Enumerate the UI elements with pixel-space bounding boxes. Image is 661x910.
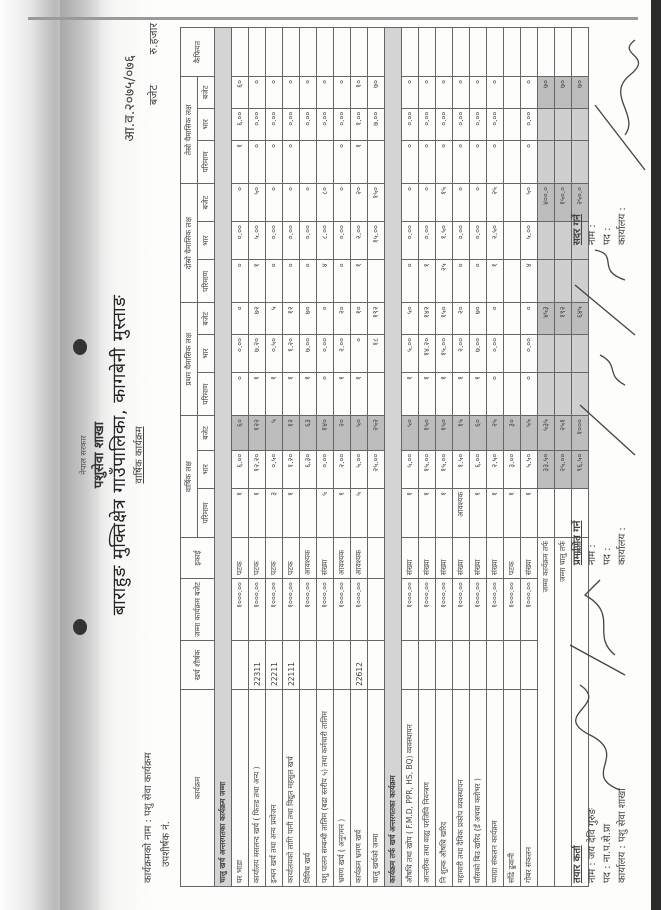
expense-head-cell: [487, 641, 504, 690]
certified-by-title: प्रमाणित गर्ने: [570, 521, 585, 565]
a-w-cell: १५.००: [436, 450, 453, 488]
total-budget-cell: १०००.००: [436, 579, 453, 641]
q3-q-cell: ०: [419, 140, 436, 183]
remarks-cell: [317, 28, 334, 77]
program-cell: भ्रमण खर्च ( अनुगमन ): [334, 690, 351, 887]
a-q-cell: १: [283, 488, 300, 537]
total-budget-cell: १०००.००: [232, 579, 249, 641]
unit-cell: पटक: [249, 538, 266, 579]
q2-b-cell: २५: [487, 183, 504, 221]
q2-w-cell: ०.००: [334, 222, 351, 260]
col-weight: भार: [198, 334, 215, 372]
q1-q-cell: १: [249, 373, 266, 416]
q1-q-cell: १: [334, 373, 351, 416]
q2-b-cell: ०: [232, 183, 249, 221]
q2-b-cell: ०: [266, 183, 283, 221]
q1-q-cell: ०: [487, 373, 504, 416]
q2-q-cell: ४: [317, 260, 334, 303]
a-b-cell: ५०: [402, 416, 419, 451]
q2-w-cell: ०.००: [402, 222, 419, 260]
expense-head-cell: [334, 641, 351, 690]
certified-by-office: कार्यालय :: [615, 521, 630, 565]
q2-b-cell: ०: [300, 183, 317, 221]
total-q3-b-cell: ७०: [538, 77, 555, 109]
q1-b-cell: ७०: [470, 303, 487, 335]
q2-q-cell: ०: [266, 260, 283, 303]
remarks-cell: [453, 28, 470, 77]
col-annual-target: वार्षिक लक्ष: [181, 416, 198, 538]
q1-w-cell: ०.००: [487, 334, 504, 372]
a-w-cell: ५.००: [351, 450, 368, 488]
total-empty-cell: [555, 108, 572, 140]
remarks-cell: [266, 28, 283, 77]
q2-w-cell: ८.००: [317, 222, 334, 260]
total-q1-b-cell: ४५३: [538, 303, 555, 335]
col-weight: भार: [198, 450, 215, 488]
q3-w-cell: ०.००: [453, 108, 470, 140]
q2-w-cell: ०.००: [232, 222, 249, 260]
q3-q-cell: १: [351, 140, 368, 183]
table-row: घर भाडा१०००.००पटक१६.००६०००.०००००.०००१६.०…: [232, 28, 249, 887]
a-w-cell: ६.३०: [300, 450, 317, 488]
q3-b-cell: ०: [266, 77, 283, 109]
section-title: कार्यक्रम तर्फ खर्च अन्तरगतका कार्यक्रम: [385, 28, 402, 887]
col-budget: बजेट: [198, 183, 215, 221]
expense-head-cell: 22211: [266, 641, 283, 690]
q3-b-cell: ७०: [368, 77, 385, 109]
a-w-cell: ६.००: [470, 450, 487, 488]
q3-b-cell: ०: [334, 77, 351, 109]
q2-b-cell: ०: [453, 183, 470, 221]
prepared-by-name: नाम : जय देवि गुरुङ: [585, 788, 600, 883]
col-quantity: परिमाण: [198, 140, 215, 183]
q2-w-cell: ०.००: [470, 222, 487, 260]
q2-b-cell: ८०: [317, 183, 334, 221]
table-row: औषधि तथा खोप ( F.M.D, PPR, HS, BQ) व्यवस…: [402, 28, 419, 887]
q3-w-cell: ०.००: [487, 108, 504, 140]
q3-w-cell: ०.००: [419, 108, 436, 140]
a-w-cell: ६.००: [232, 450, 249, 488]
total-a-b-cell: ५३५: [538, 416, 555, 451]
subheading-number: उपशीर्षक नं.: [158, 821, 172, 867]
program-cell: आन्तरिक तथा वाह्य परजिवि नियन्त्रण: [419, 690, 436, 887]
remarks-cell: [351, 28, 368, 77]
q3-q-cell: ०: [470, 140, 487, 183]
q3-q-cell: ०: [453, 140, 470, 183]
office-title: बाराहुङ मुक्तिक्षेत्र गाउँपालिका, कागबेन…: [107, 15, 131, 895]
program-cell: साँढे ढुवानी: [504, 690, 521, 887]
section-header-row: कार्यक्रम तर्फ खर्च अन्तरगतका कार्यक्रम: [385, 28, 402, 887]
q1-q-cell: १: [402, 373, 419, 416]
q2-q-cell: १: [487, 260, 504, 303]
expense-head-cell: [232, 641, 249, 690]
q3-q-cell: ०: [487, 140, 504, 183]
a-q-cell: १: [470, 488, 487, 537]
a-w-cell: ०.५०: [266, 450, 283, 488]
q2-q-cell: ०: [470, 260, 487, 303]
remarks-cell: [419, 28, 436, 77]
expense-head-cell: [317, 641, 334, 690]
q3-b-cell: ०: [249, 77, 266, 109]
total-empty-cell: [538, 260, 555, 303]
unit-cell: पटक: [266, 538, 283, 579]
a-w-cell: २.५०: [487, 450, 504, 488]
col-weight: भार: [198, 222, 215, 260]
q1-q-cell: १: [453, 373, 470, 416]
a-b-cell: २५: [487, 416, 504, 451]
a-b-cell: १२२: [249, 416, 266, 451]
prepared-by-title: तयार कर्ता: [570, 788, 585, 883]
government-label: नेपाल सरकार: [78, 15, 89, 895]
q3-w-cell: १.००: [351, 108, 368, 140]
total-budget-cell: १०००.००: [504, 579, 521, 641]
expense-head-cell: [470, 641, 487, 690]
q2-w-cell: ०.००: [283, 222, 300, 260]
q3-w-cell: [504, 108, 521, 140]
total-empty-cell: [555, 28, 572, 77]
fiscal-year: आ.व.२०७५/०७६: [120, 55, 139, 142]
budget-table-body: चालु खर्च अन्तरगतका कार्यक्रम जम्माघर भा…: [215, 28, 589, 887]
a-b-cell: ५०: [351, 416, 368, 451]
a-q-cell: ३: [266, 488, 283, 537]
total-empty-cell: [555, 140, 572, 183]
signature-icon: [560, 575, 640, 795]
q1-w-cell: ०.००: [232, 334, 249, 372]
total-budget-cell: १०००.००: [453, 579, 470, 641]
a-q-cell: १: [436, 488, 453, 537]
q1-w-cell: ०.००: [521, 334, 538, 372]
q2-q-cell: [504, 260, 521, 303]
signature-icon: [565, 245, 645, 465]
approved-by-office: कार्यालय :: [615, 207, 630, 245]
total-empty-cell: [538, 140, 555, 183]
q2-w-cell: २.००: [351, 222, 368, 260]
a-b-cell: १४०: [317, 416, 334, 451]
expense-head-cell: [521, 641, 538, 690]
q3-b-cell: ०: [402, 77, 419, 109]
unit-cell: संख्या: [487, 538, 504, 579]
expense-head-cell: [453, 641, 470, 690]
certified-by-post: पद :: [600, 521, 615, 565]
q1-b-cell: ०: [487, 303, 504, 335]
total-empty-cell: [538, 222, 555, 260]
remarks-cell: [249, 28, 266, 77]
q1-w-cell: १८: [368, 334, 385, 372]
q1-b-cell: १०: [351, 303, 368, 335]
q2-q-cell: ०: [300, 260, 317, 303]
a-w-cell: ३.००: [504, 450, 521, 488]
q1-b-cell: १५०: [436, 303, 453, 335]
q1-q-cell: १: [436, 373, 453, 416]
program-cell: इन्धन खर्च तथा अन्य प्रयोजन: [266, 690, 283, 887]
a-q-cell: १: [521, 488, 538, 537]
a-b-cell: २०: [334, 416, 351, 451]
q1-b-cell: २०: [453, 303, 470, 335]
unit-cell: [368, 538, 385, 579]
certified-by-name: नाम :: [585, 521, 600, 565]
total-budget-cell: १०००.००: [521, 579, 538, 641]
program-cell: विविध खर्च: [300, 690, 317, 887]
q3-b-cell: ०: [521, 77, 538, 109]
q3-b-cell: ०: [300, 77, 317, 109]
q3-q-cell: [317, 140, 334, 183]
q2-b-cell: ०: [470, 183, 487, 221]
q2-w-cell: १५.००: [368, 222, 385, 260]
a-b-cell: ६०: [470, 416, 487, 451]
remarks-cell: [283, 28, 300, 77]
q2-q-cell: [368, 260, 385, 303]
q2-w-cell: ०.००: [419, 222, 436, 260]
total-budget-cell: १०००.००: [487, 579, 504, 641]
a-q-cell: ५: [351, 488, 368, 537]
col-quantity: परिमाण: [198, 373, 215, 416]
col-weight: भार: [198, 108, 215, 140]
total-q3-b-cell: ७०: [555, 77, 572, 109]
certified-by-block: प्रमाणित गर्ने नाम : पद : कार्यालय :: [570, 521, 630, 565]
q3-w-cell: ०.००: [436, 108, 453, 140]
expense-head-cell: 22111: [283, 641, 300, 690]
unit-cell: संख्या: [419, 538, 436, 579]
total-q2-b-cell: १५०.०: [555, 183, 572, 221]
q2-b-cell: [504, 183, 521, 221]
q1-w-cell: ७.२०: [249, 334, 266, 372]
q1-b-cell: ०: [232, 303, 249, 335]
q3-w-cell: ०.००: [334, 108, 351, 140]
total-budget-cell: १०००.००: [334, 579, 351, 641]
a-b-cell: १२: [283, 416, 300, 451]
table-row: पशु पालन सम्बन्धी तालिम (बढा स्तरीय ५) त…: [317, 28, 334, 887]
q1-q-cell: १: [470, 373, 487, 416]
a-q-cell: ५: [317, 488, 334, 537]
section-header-row: चालु खर्च अन्तरगतका कार्यक्रम जम्मा: [215, 28, 232, 887]
q3-q-cell: ०: [436, 140, 453, 183]
total-budget-cell: १०००.००: [249, 579, 266, 641]
q2-q-cell: ०: [402, 260, 419, 303]
unit-cell: संख्या: [402, 538, 419, 579]
section-title: चालु खर्च अन्तरगतका कार्यक्रम जम्मा: [215, 28, 232, 887]
expense-head-cell: [504, 641, 521, 690]
q1-w-cell: ०: [351, 334, 368, 372]
a-w-cell: ०.००: [317, 450, 334, 488]
a-b-cell: १५०: [436, 416, 453, 451]
prepared-by-post: पद : ना.प.से.प्रा: [600, 788, 615, 883]
a-q-cell: आवश्यक: [453, 488, 470, 537]
total-budget-cell: १०००.००: [470, 579, 487, 641]
q2-w-cell: [504, 222, 521, 260]
program-cell: कार्यक्रम भ्रमण खर्च: [351, 690, 368, 887]
a-q-cell: १: [402, 488, 419, 537]
total-budget-cell: १०००.००: [266, 579, 283, 641]
q2-w-cell: ०.००: [453, 222, 470, 260]
q1-q-cell: १: [351, 373, 368, 416]
unit-cell: आवश्यक: [334, 538, 351, 579]
total-budget-cell: १०००.००: [283, 579, 300, 641]
expense-head-cell: [436, 641, 453, 690]
table-row: कार्यालय मसलन्द खर्च ( फिल्ड तथा अन्य )2…: [249, 28, 266, 887]
a-b-cell: ६०: [232, 416, 249, 451]
q1-w-cell: २.००: [453, 334, 470, 372]
q1-q-cell: [368, 373, 385, 416]
q2-q-cell: ०: [283, 260, 300, 303]
total-empty-cell: [555, 488, 572, 537]
q3-q-cell: ०: [283, 140, 300, 183]
total-budget-cell: १०००.००: [317, 579, 334, 641]
q1-w-cell: १५.००: [436, 334, 453, 372]
total-empty-cell: [538, 28, 555, 77]
q3-b-cell: ०: [317, 77, 334, 109]
q3-b-cell: [504, 77, 521, 109]
a-b-cell: ५५: [521, 416, 538, 451]
budget-label: बजेट: [146, 85, 161, 105]
expense-head-cell: 22612: [351, 641, 368, 690]
q1-w-cell: ७.००: [300, 334, 317, 372]
a-q-cell: १: [487, 488, 504, 537]
q1-w-cell: १.२०: [283, 334, 300, 372]
q2-b-cell: ०: [402, 183, 419, 221]
unit-cell: आवश्यक: [300, 538, 317, 579]
expense-head-cell: 22311: [249, 641, 266, 690]
total-empty-cell: [538, 108, 555, 140]
q3-q-cell: [368, 140, 385, 183]
table-row: महामारी तथा दैविक प्रकोप व्यवस्थापन१०००.…: [453, 28, 470, 887]
q3-b-cell: ०: [453, 77, 470, 109]
q1-b-cell: ७२: [249, 303, 266, 335]
table-row: गोबर संकलन१०००.००संख्या१५.५०५५००.०००४५.०…: [521, 28, 538, 887]
col-q3-target: तेस्रो चैमासिक लक्ष: [181, 77, 198, 184]
q1-b-cell: १४२: [419, 303, 436, 335]
q3-w-cell: ७.००: [368, 108, 385, 140]
q1-b-cell: ०: [317, 303, 334, 335]
a-b-cell: १५: [453, 416, 470, 451]
q3-b-cell: ६०: [232, 77, 249, 109]
a-q-cell: १: [334, 488, 351, 537]
q2-w-cell: ५.००: [249, 222, 266, 260]
total-a-w-cell: ३३.५०: [538, 450, 555, 488]
total-row: जम्मा कार्यक्रम तर्फ३३.५०५३५४५३४००.०७०: [538, 28, 555, 887]
a-w-cell: ५.५०: [521, 450, 538, 488]
signature-icon: [585, 35, 655, 175]
total-budget-cell: १०००.००: [351, 579, 368, 641]
a-w-cell: ५.००: [402, 450, 419, 488]
q2-q-cell: ४: [521, 260, 538, 303]
prepared-by-office: कार्यालय : पशु सेवा शाखा: [615, 788, 630, 883]
a-b-cell: ३०: [504, 416, 521, 451]
total-budget-cell: [368, 579, 385, 641]
a-w-cell: २५.००: [368, 450, 385, 488]
a-w-cell: १५.००: [419, 450, 436, 488]
a-b-cell: ५: [266, 416, 283, 451]
q2-q-cell: ०: [232, 260, 249, 303]
col-total-budget: जम्मा कार्यक्रम बजेट: [181, 579, 215, 641]
q1-b-cell: २०: [334, 303, 351, 335]
q1-q-cell: १: [283, 373, 300, 416]
q3-w-cell: ०.००: [249, 108, 266, 140]
program-cell: औषधि तथा खोप ( F.M.D, PPR, HS, BQ) व्यवस…: [402, 690, 419, 887]
a-b-cell: २५२: [368, 416, 385, 451]
q2-q-cell: ०: [453, 260, 470, 303]
q1-q-cell: ०: [317, 373, 334, 416]
total-empty-cell: [538, 334, 555, 372]
table-row: विविध खर्च१०००.००आवश्यक६.३०६३१७.००७०००.०…: [300, 28, 317, 887]
program-cell: महामारी तथा दैविक प्रकोप व्यवस्थापन: [453, 690, 470, 887]
a-q-cell: १: [419, 488, 436, 537]
a-q-cell: [368, 488, 385, 537]
col-q1-target: प्रथम चैमासिक लक्ष: [181, 303, 198, 416]
q3-w-cell: ६.००: [232, 108, 249, 140]
branch-title: पशुसेवा शाखा: [89, 15, 107, 895]
col-q2-target: दोस्रो चैमासिक लक्ष: [181, 183, 198, 302]
q2-b-cell: १५०: [368, 183, 385, 221]
q3-w-cell: ०.००: [317, 108, 334, 140]
program-cell: पशु पालन सम्बन्धी तालिम (बढा स्तरीय ५) त…: [317, 690, 334, 887]
q1-b-cell: ७०: [300, 303, 317, 335]
remarks-cell: [334, 28, 351, 77]
q1-q-cell: १: [300, 373, 317, 416]
a-q-cell: १: [232, 488, 249, 537]
table-row: नि शुल्क औषधि खरिद१०००.००संख्या११५.००१५०…: [436, 28, 453, 887]
q1-w-cell: ०.००: [317, 334, 334, 372]
col-budget: बजेट: [198, 77, 215, 109]
q2-w-cell: ०.००: [266, 222, 283, 260]
program-cell: चालु खर्चको जम्मा: [368, 690, 385, 887]
q2-b-cell: ५०: [521, 183, 538, 221]
q2-w-cell: १.५०: [436, 222, 453, 260]
unit-cell: पटक: [232, 538, 249, 579]
a-w-cell: १२.२०: [249, 450, 266, 488]
a-q-cell: १: [249, 488, 266, 537]
q1-b-cell: १९२: [368, 303, 385, 335]
col-program: कार्यक्रम: [181, 690, 215, 887]
q1-q-cell: ०: [521, 373, 538, 416]
table-row: भ्रमण खर्च ( अनुगमन )१०००.००आवश्यक१२.००२…: [334, 28, 351, 887]
q2-b-cell: १५: [436, 183, 453, 221]
remarks-cell: [521, 28, 538, 77]
program-cell: गोबर संकलन: [521, 690, 538, 887]
total-empty-cell: [538, 488, 555, 537]
q2-b-cell: २०: [351, 183, 368, 221]
table-row: चालु खर्चको जम्मा२५.००२५२१८१९२१५.००१५०७.…: [368, 28, 385, 887]
unit-cell: संख्या: [317, 538, 334, 579]
q1-w-cell: १४.२०: [419, 334, 436, 372]
col-budget: बजेट: [198, 303, 215, 335]
currency-unit: रु.हजार: [146, 23, 161, 54]
unit-cell: आवश्यक: [351, 538, 368, 579]
remarks-cell: [300, 28, 317, 77]
table-row: आन्तरिक तथा वाह्य परजिवि नियन्त्रण१०००.०…: [419, 28, 436, 887]
q1-q-cell: ०: [232, 373, 249, 416]
prepared-by-block: तयार कर्ता नाम : जय देवि गुरुङ पद : ना.प…: [570, 788, 630, 883]
col-unit: इकाई: [181, 538, 215, 579]
table-row: इन्धन खर्च तथा अन्य प्रयोजन22211१०००.००प…: [266, 28, 283, 887]
q2-w-cell: ०.००: [300, 222, 317, 260]
q3-w-cell: ०.००: [283, 108, 300, 140]
program-cell: नि शुल्क औषधि खरिद: [436, 690, 453, 887]
a-w-cell: १.५०: [453, 450, 470, 488]
col-quantity: परिमाण: [198, 488, 215, 537]
q1-b-cell: १२: [283, 303, 300, 335]
q3-b-cell: ०: [470, 77, 487, 109]
q3-w-cell: ०.००: [300, 108, 317, 140]
unit-cell: संख्या: [470, 538, 487, 579]
q3-w-cell: ०.००: [266, 108, 283, 140]
remarks-cell: [487, 28, 504, 77]
approved-by-block: सदर गर्ने नाम : पद : कार्यालय :: [570, 207, 630, 245]
q3-b-cell: ०: [487, 77, 504, 109]
q1-b-cell: ५: [266, 303, 283, 335]
q3-q-cell: १: [232, 140, 249, 183]
program-cell: घर भाडा: [232, 690, 249, 887]
expense-head-cell: [300, 641, 317, 690]
